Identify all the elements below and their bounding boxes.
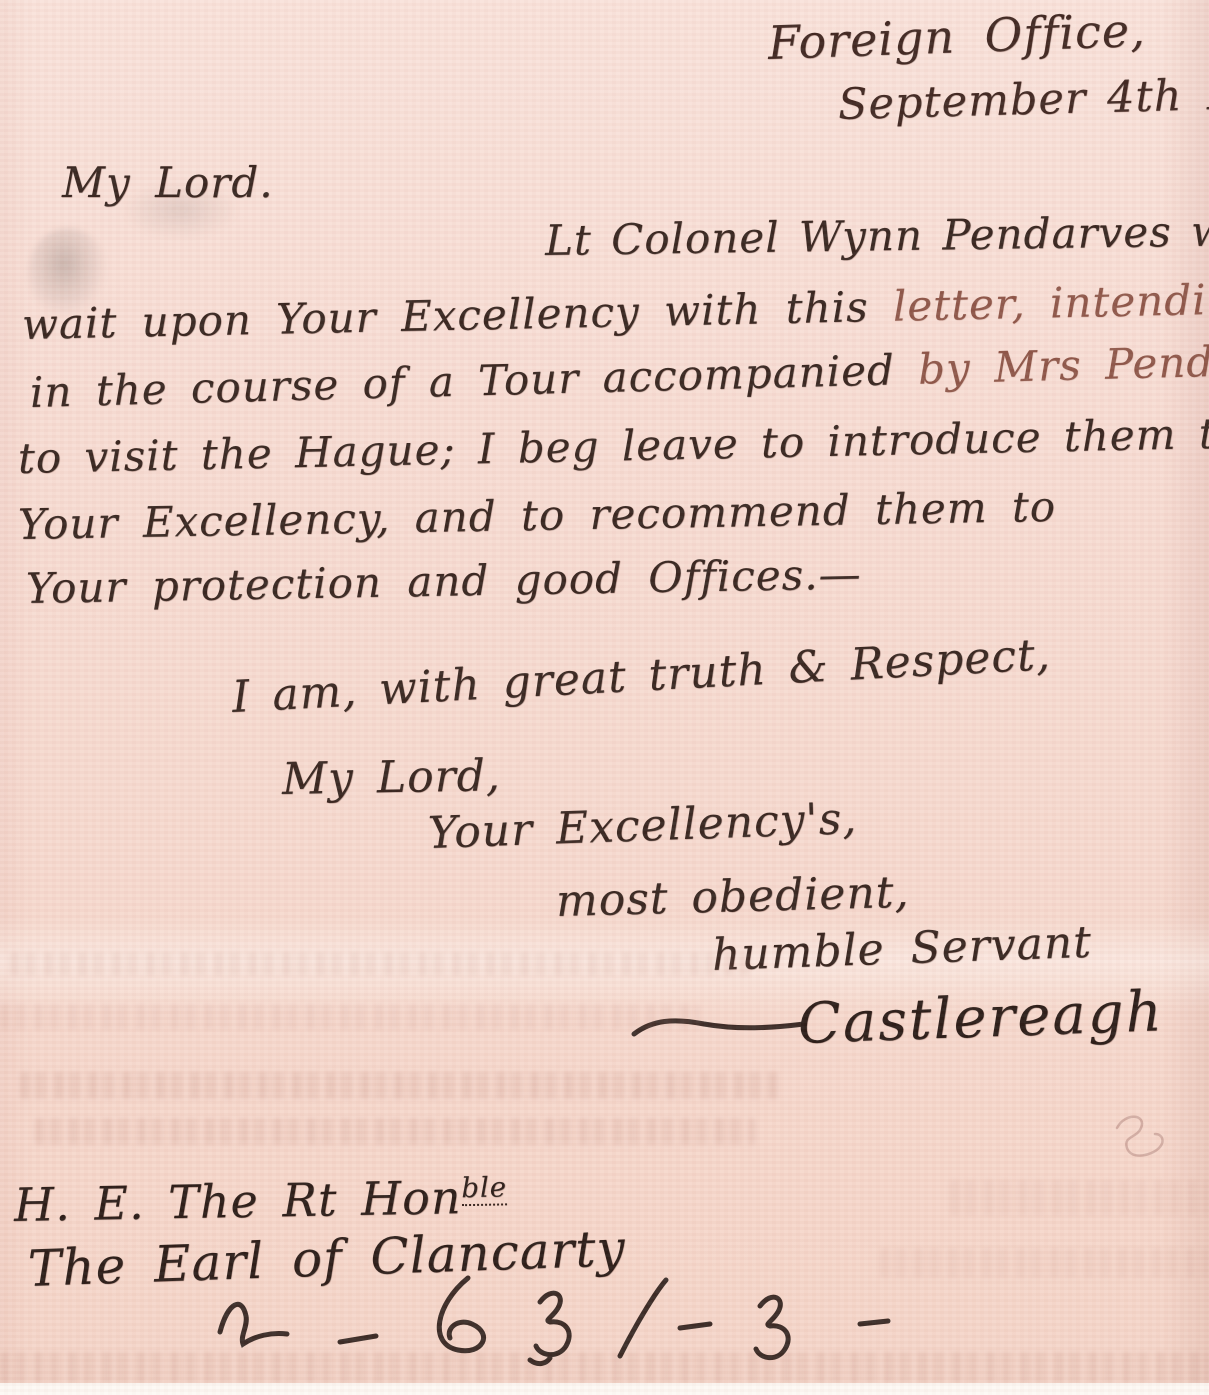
body-line-6: Your protection and good Offices.—	[26, 549, 862, 613]
bleedthrough-band	[10, 952, 750, 976]
closing-line-4: most obedient,	[555, 867, 910, 927]
closing-line-5: humble Servant	[711, 917, 1093, 981]
signature-swash	[628, 1010, 808, 1050]
pencil-squiggle	[1095, 1108, 1190, 1173]
body-line-4: to visit the Hague; I beg leave to intro…	[17, 408, 1209, 483]
address-line-1-main: H. E. The Rt Hon	[14, 1170, 462, 1232]
signature: Castlereagh	[797, 979, 1165, 1057]
body-line-2b: letter, intending	[892, 274, 1209, 331]
closing-line-3: Your Excellency's,	[427, 793, 858, 859]
body-line-3: in the course of a Tour accompanied by M…	[29, 334, 1209, 417]
address-line-1-superscript: ble	[461, 1170, 507, 1206]
body-line-5: Your Excellency, and to recommend them t…	[18, 482, 1057, 549]
body-line-3a: in the course of a Tour accompanied	[29, 345, 918, 417]
header-office-line: Foreign Office,	[767, 3, 1146, 70]
bleedthrough-band	[20, 1072, 780, 1099]
header-date-line: September 4th 1814.	[837, 67, 1209, 130]
bleedthrough-band	[0, 1004, 700, 1030]
body-line-3b: by Mrs Pendarves	[918, 334, 1209, 394]
bleedthrough-band	[950, 1180, 1209, 1216]
scan-edge-strip	[0, 1383, 1209, 1395]
bleedthrough-band	[35, 1118, 755, 1145]
address-line-1: H. E. The Rt Honble	[14, 1169, 508, 1232]
body-line-2: wait upon Your Excellency with this lett…	[21, 274, 1209, 349]
letter-page: Foreign Office, September 4th 1814. My L…	[0, 0, 1209, 1395]
body-line-1: Lt Colonel Wynn Pendarves who will	[545, 204, 1209, 265]
salutation: My Lord.	[62, 158, 274, 207]
flourish-marks	[200, 1272, 960, 1382]
closing-line-1: I am, with great truth & Respect,	[231, 629, 1052, 723]
body-line-2a: wait upon Your Excellency with this	[21, 282, 893, 349]
closing-line-2: My Lord,	[282, 750, 502, 805]
